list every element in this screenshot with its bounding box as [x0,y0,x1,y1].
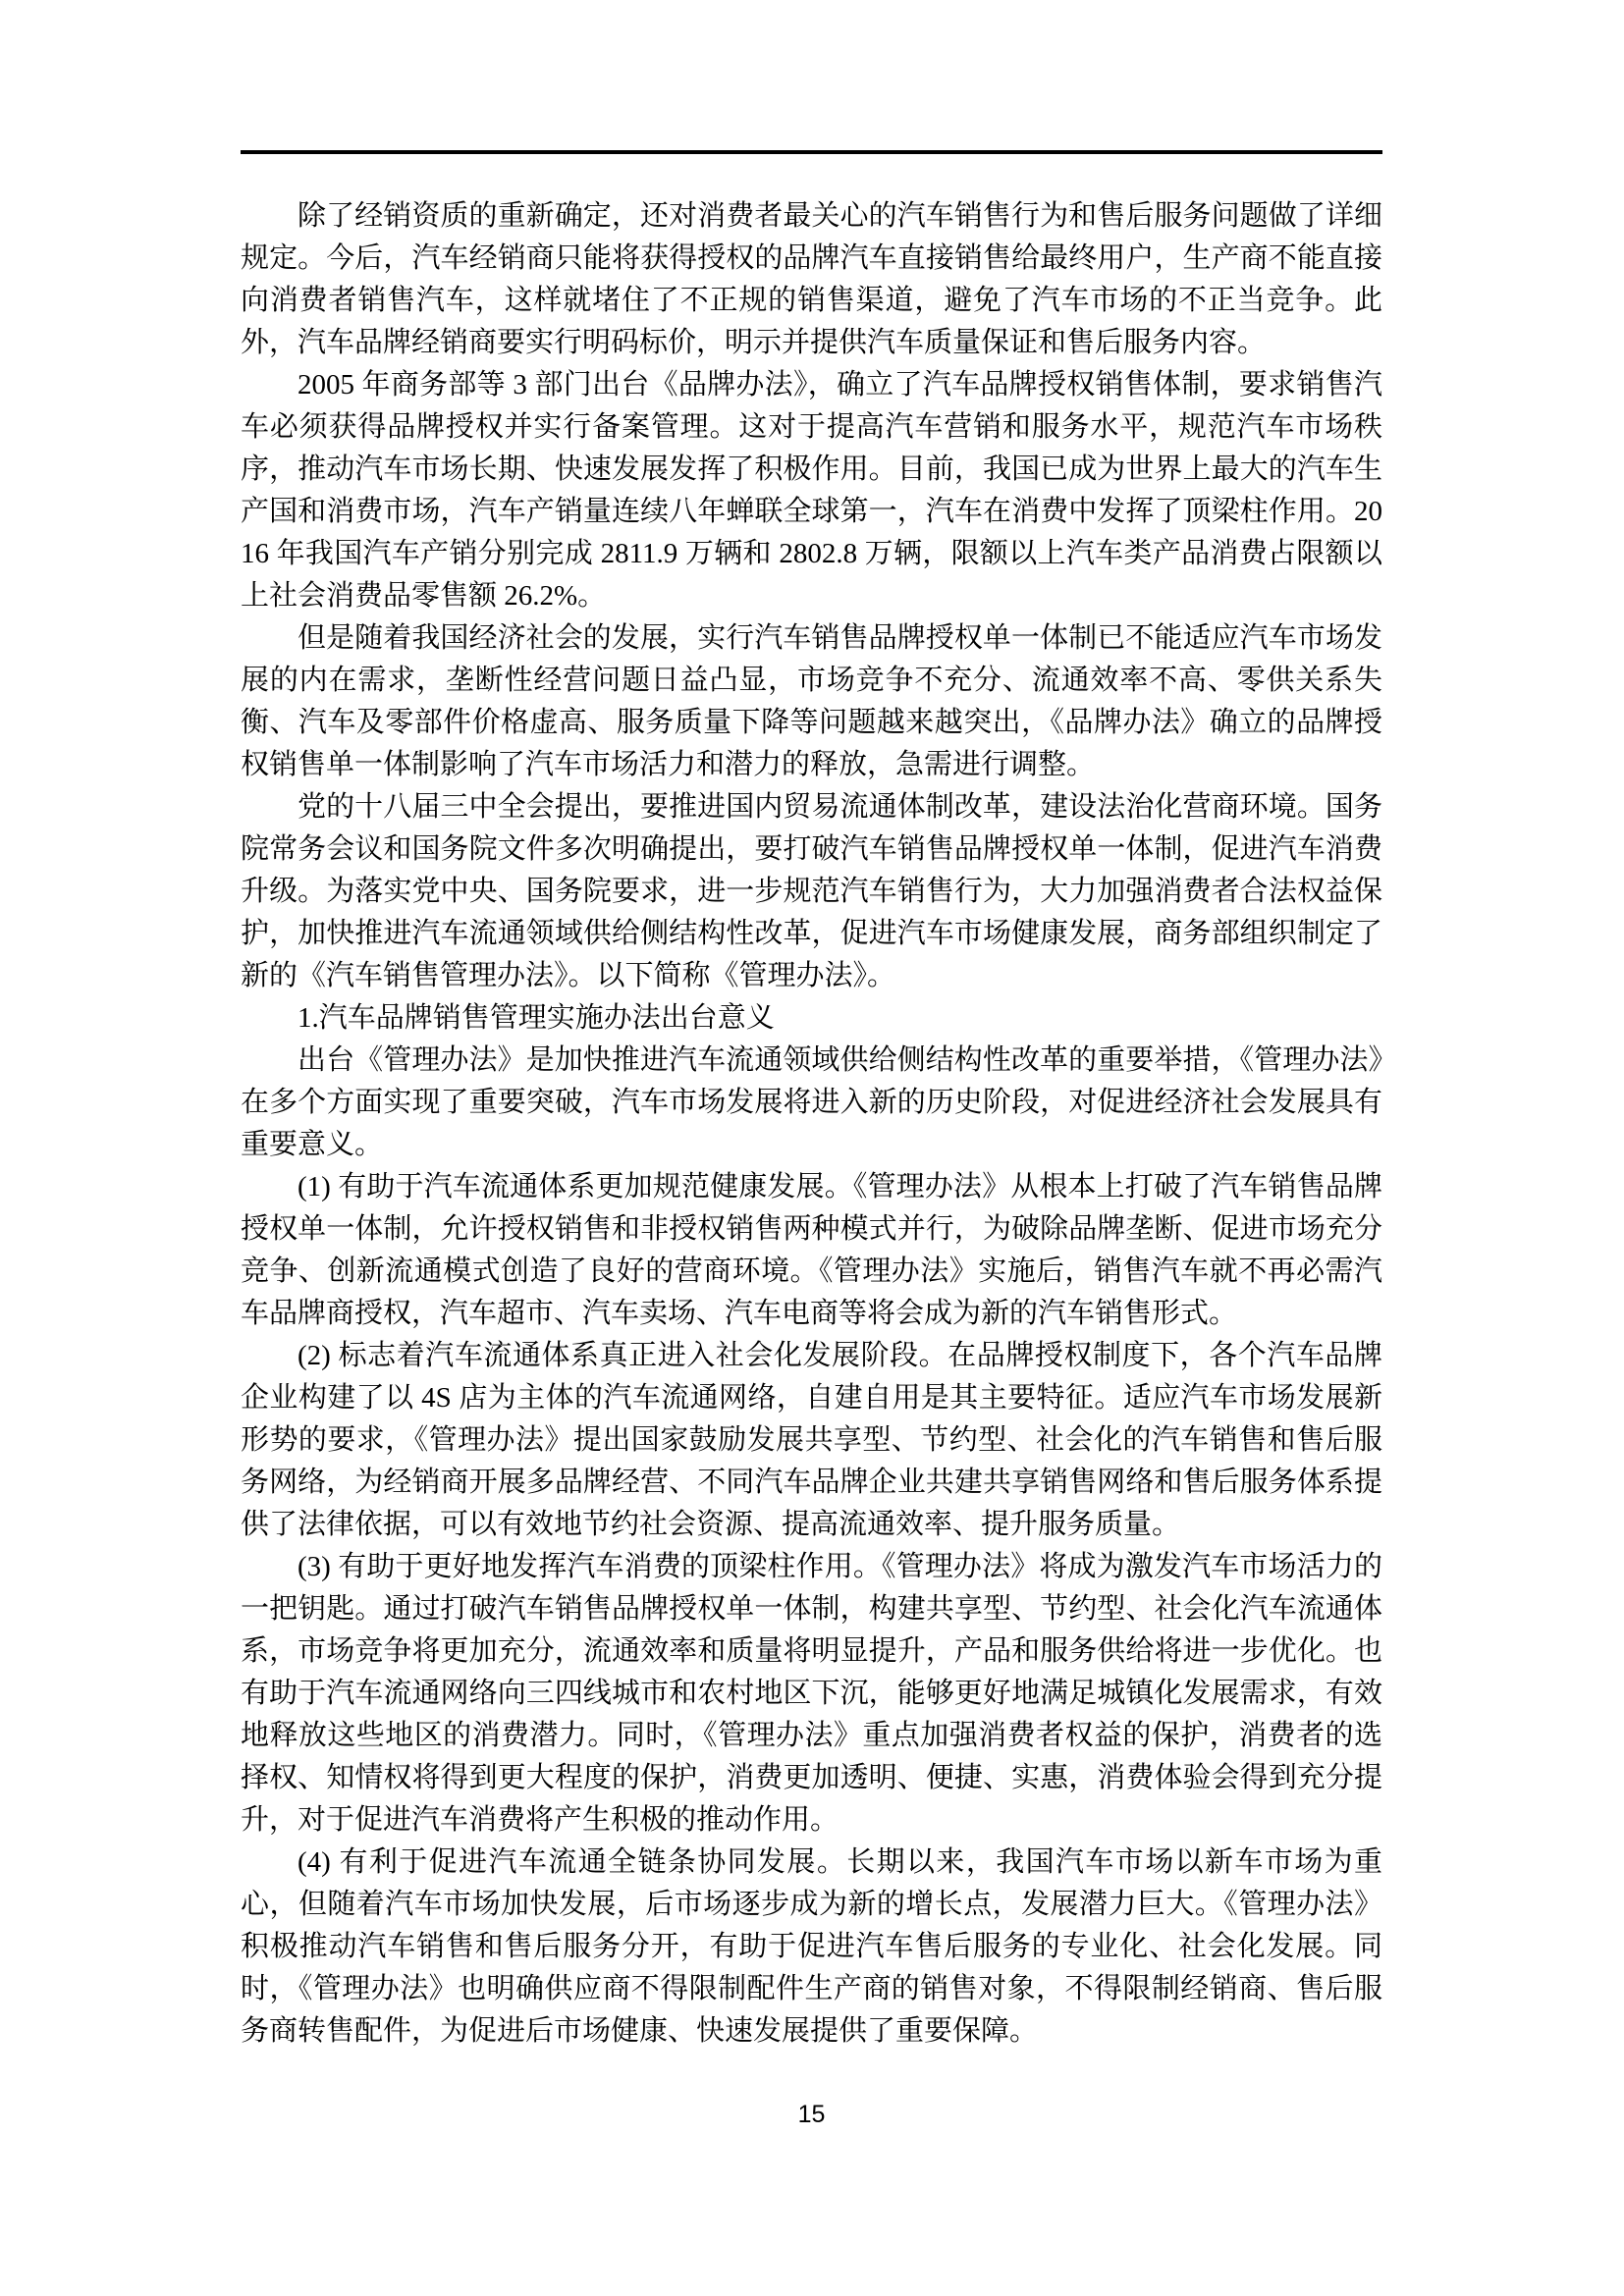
document-page: 除了经销资质的重新确定，还对消费者最关心的汽车销售行为和售后服务问题做了详细规定… [0,0,1624,2296]
paragraph-point-1: (1) 有助于汽车流通体系更加规范健康发展。《管理办法》从根本上打破了汽车销售品… [241,1166,1382,1335]
section-heading-significance: 1.汽车品牌销售管理实施办法出台意义 [241,997,1382,1040]
paragraph-problems-of-single-system: 但是随着我国经济社会的发展，实行汽车销售品牌授权单一体制已不能适应汽车市场发展的… [241,617,1382,786]
paragraph-2005-brand-measures: 2005 年商务部等 3 部门出台《品牌办法》，确立了汽车品牌授权销售体制，要求… [241,364,1382,617]
document-body: 除了经销资质的重新确定，还对消费者最关心的汽车销售行为和售后服务问题做了详细规定… [241,195,1382,2053]
paragraph-dealer-qualification: 除了经销资质的重新确定，还对消费者最关心的汽车销售行为和售后服务问题做了详细规定… [241,195,1382,364]
paragraph-point-4: (4) 有利于促进汽车流通全链条协同发展。长期以来，我国汽车市场以新车市场为重心… [241,1842,1382,2053]
paragraph-point-3: (3) 有助于更好地发挥汽车消费的顶梁柱作用。《管理办法》将成为激发汽车市场活力… [241,1546,1382,1842]
page-number: 15 [241,2101,1382,2129]
paragraph-significance-intro: 出台《管理办法》是加快推进汽车流通领域供给侧结构性改革的重要举措，《管理办法》在… [241,1040,1382,1166]
header-rule [241,150,1382,154]
paragraph-policy-background: 党的十八届三中全会提出，要推进国内贸易流通体制改革，建设法治化营商环境。国务院常… [241,786,1382,997]
paragraph-point-2: (2) 标志着汽车流通体系真正进入社会化发展阶段。在品牌授权制度下，各个汽车品牌… [241,1335,1382,1546]
